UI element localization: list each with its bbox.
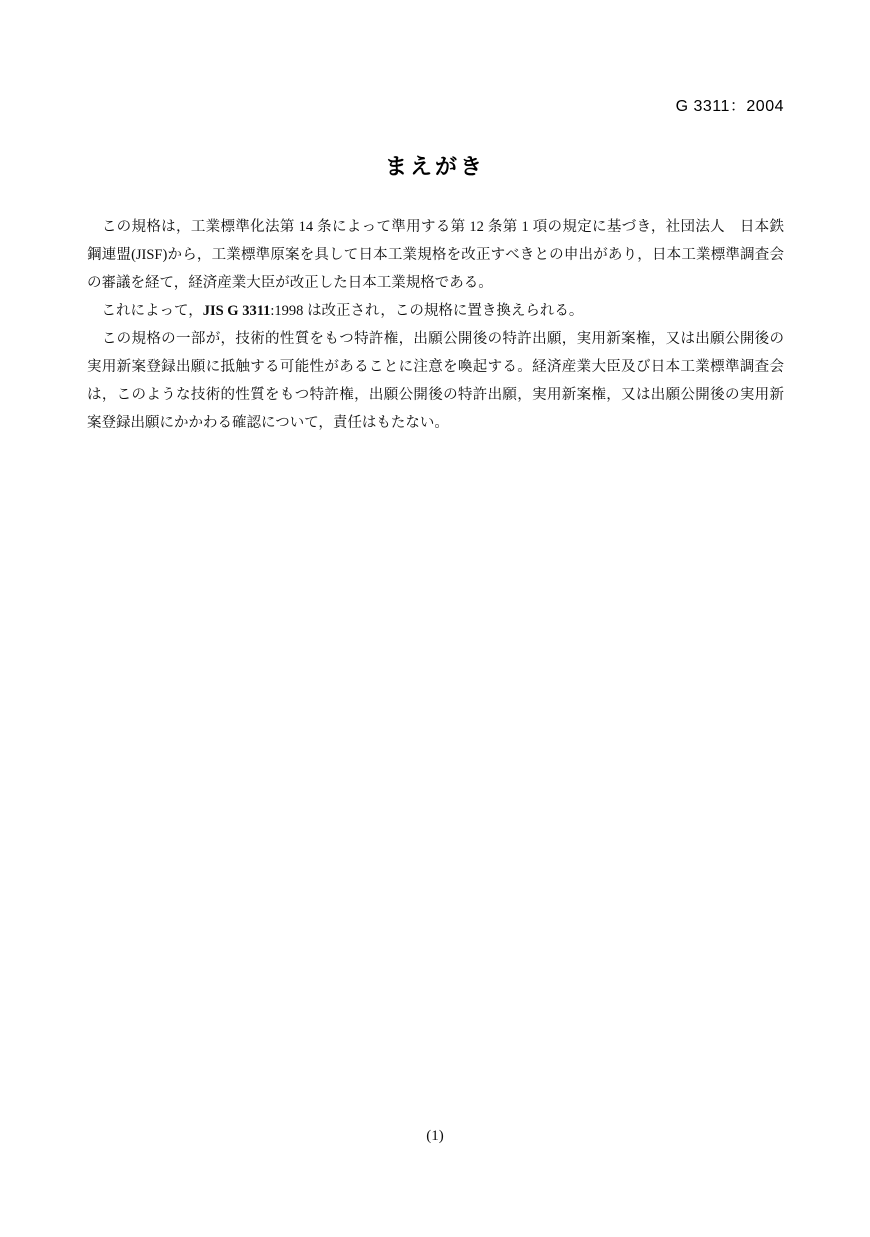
page-number: (1) [0,1128,870,1145]
body-line: この規格の一部が，技術的性質をもつ特許権，出願公開後の特許出願，実用新案権，又は… [87,325,784,353]
document-page: G 3311：2004 まえがき この規格は，工業標準化法第 14 条によって準… [0,0,870,1237]
standard-reference-year: :1998 [270,303,303,319]
body-line: は，このような技術的性質をもつ特許権，出願公開後の特許出願，実用新案権，又は出願… [87,381,784,409]
standard-reference: JIS G 3311 [203,303,271,319]
foreword-body: この規格は，工業標準化法第 14 条によって準用する第 12 条第 1 項の規定… [87,213,784,437]
page-title: まえがき [0,150,870,181]
body-line: この規格は，工業標準化法第 14 条によって準用する第 12 条第 1 項の規定… [87,213,784,241]
body-line: 案登録出願にかかわる確認について，責任はもたない。 [87,409,784,437]
standard-number: G 3311：2004 [676,93,784,116]
body-line: 鋼連盟(JISF)から，工業標準原案を具して日本工業規格を改正すべきとの申出があ… [87,241,784,269]
revision-notice-tail: は改正され，この規格に置き換えられる。 [303,303,583,319]
body-line: の審議を経て，経済産業大臣が改正した日本工業規格である。 [87,269,784,297]
revision-notice-lead: これによって， [87,303,203,319]
body-line: 実用新案登録出願に抵触する可能性があることに注意を喚起する。経済産業大臣及び日本… [87,353,784,381]
body-line-revision-notice: これによって，JIS G 3311:1998 は改正され，この規格に置き換えられ… [87,297,784,325]
